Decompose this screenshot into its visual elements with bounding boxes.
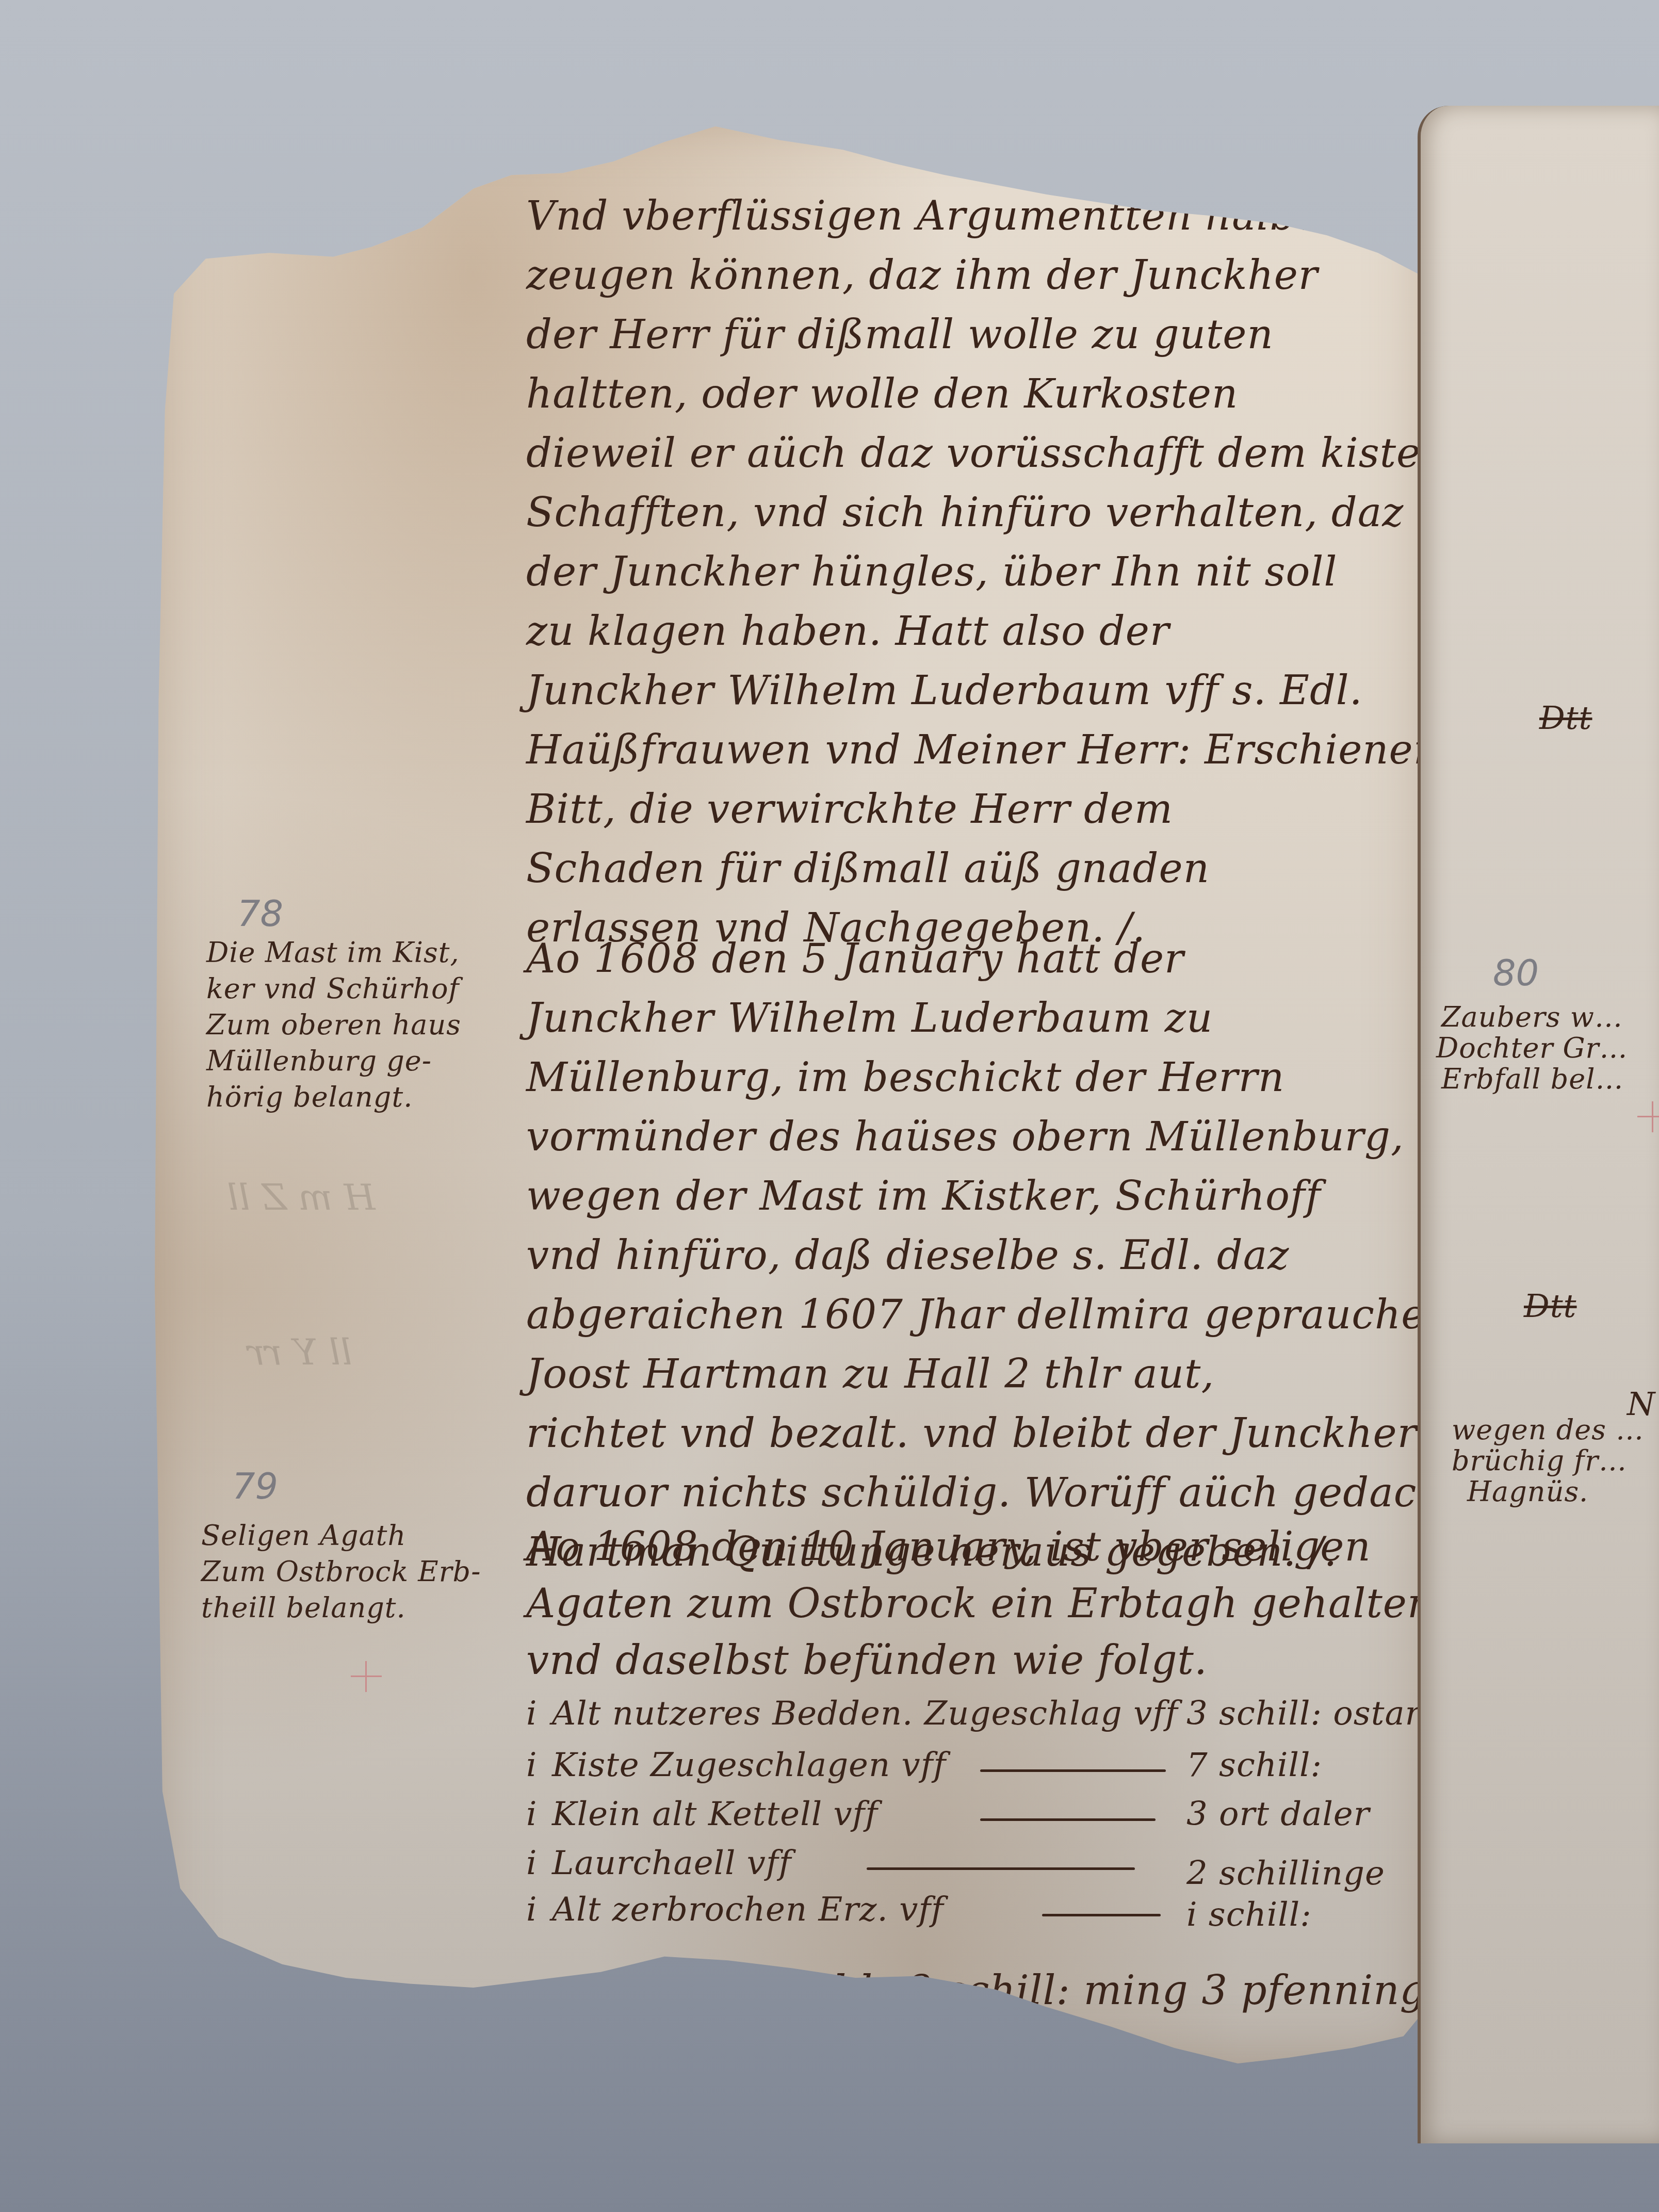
inventory-qty: i: [526, 1798, 537, 1831]
text-line: abgeraichen 1607 Jhar dellmira geprauche…: [526, 1295, 1442, 1335]
text-line: Agaten zum Ostbrock ein Erbtagh gehalten: [526, 1584, 1434, 1624]
inventory-qty: i: [526, 1697, 537, 1730]
text-line: vnd daselbst befünden wie folgt.: [526, 1640, 1208, 1681]
text-line: der Herr für dißmall wolle zu guten: [526, 315, 1274, 355]
margin-note-line: Erbfall bel…: [1441, 1065, 1623, 1093]
text-line: zeugen können, daz ihm der Junckher: [526, 255, 1318, 296]
margin-note-line: Zum Ostbrock Erb-: [201, 1558, 481, 1586]
inventory-amount: i schill:: [1186, 1898, 1312, 1931]
page-number: 44: [392, 168, 451, 222]
text-line: Ao 1608 den 10 January, ist vber seligen: [526, 1527, 1371, 1567]
inventory-amount: 3 schill: ostand: [1186, 1697, 1449, 1730]
right-page: Dtt 80 Zaubers w… Dochter Gr… Erbfall be…: [1418, 106, 1659, 2143]
text-line: Müllenburg, im beschickt der Herrn: [526, 1058, 1284, 1098]
entry-number: 80: [1493, 952, 1539, 994]
text-line: haltten, oder wolle den Kurkosten: [526, 374, 1238, 414]
text-line: vnd hinfüro, daß dieselbe s. Edl. daz: [526, 1235, 1289, 1276]
book-photograph: H m Z ll ll Y rr 44 Vnd vberflüssigen Ar…: [0, 0, 1659, 2212]
margin-note-line: Hagnüs.: [1467, 1478, 1588, 1506]
inventory-qty: i: [526, 1893, 537, 1926]
bleed-through-text: H m Z ll: [227, 1176, 376, 1218]
inventory-item: Alt zerbrochen Erz. vff: [552, 1893, 944, 1926]
inventory-total: Facit — i thlr 8 schill: ming 3 pfenning: [619, 1971, 1426, 2011]
leader-line: [980, 1818, 1156, 1821]
entry-number: 78: [237, 892, 283, 935]
leader-line: [980, 1769, 1166, 1772]
margin-note-line: Die Mast im Kist,: [206, 939, 460, 967]
text-line: wegen der Mast im Kistker, Schürhoff: [526, 1176, 1321, 1216]
entry-number: 79: [232, 1465, 278, 1507]
red-pencil-cross-mark: [351, 1661, 382, 1692]
text-line: vormünder des haüses obern Müllenburg,: [526, 1117, 1404, 1157]
red-pencil-cross-mark: [1637, 1101, 1659, 1132]
left-page: H m Z ll ll Y rr 44 Vnd vberflüssigen Ar…: [155, 119, 1429, 2063]
text-line: Bitt, die verwirckhte Herr dem: [526, 789, 1173, 829]
text-line: Joost Hartman zu Hall 2 thlr aut,: [526, 1354, 1214, 1394]
leader-line: [1042, 1914, 1161, 1916]
inventory-item: Kiste Zugeschlagen vff: [552, 1749, 946, 1782]
text-line: der Junckher hüngles, über Ihn nit soll: [526, 552, 1337, 592]
struck-fragment: Dtt: [1539, 699, 1592, 737]
text-line: Ao 1608 den 5 January hatt der: [526, 939, 1184, 979]
text-line: Vnd vberflüssigen Argumentten halber: [526, 196, 1340, 236]
inventory-item: Laurchaell vff: [552, 1847, 791, 1880]
inventory-qty: i: [526, 1749, 537, 1782]
inventory-item: Alt nutzeres Bedden. Zugeschlag vff: [552, 1697, 1178, 1730]
text-line: Schafften, vnd sich hinfüro verhalten, d…: [526, 493, 1404, 533]
struck-fragment: Dtt: [1524, 1287, 1577, 1325]
margin-note-line: theill belangt.: [201, 1594, 406, 1622]
margin-note-line: Dochter Gr…: [1436, 1034, 1628, 1062]
margin-note-line: wegen des …: [1452, 1416, 1644, 1444]
text-line: zu klagen haben. Hatt also der: [526, 611, 1169, 652]
inventory-amount: 7 schill:: [1186, 1749, 1322, 1782]
inventory-amount: 2 schillinge: [1186, 1857, 1385, 1890]
inventory-item: Klein alt Kettell vff: [552, 1798, 878, 1831]
text-line: richtet vnd bezalt. vnd bleibt der Junck…: [526, 1413, 1417, 1454]
text-line: dieweil er aüch daz vorüsschafft dem kis…: [526, 433, 1447, 474]
text-line: Schaden für dißmall aüß gnaden: [526, 849, 1210, 889]
text-line: daruor nichts schüldig. Worüff aüch geda…: [526, 1473, 1504, 1513]
text-line: Junckher Wilhelm Luderbaum vff s. Edl.: [526, 671, 1363, 711]
margin-note-line: ker vnd Schürhof: [206, 975, 460, 1003]
bleed-through-text: ll Y rr: [248, 1331, 352, 1373]
leader-line: [867, 1867, 1135, 1870]
inventory-qty: i: [526, 1847, 537, 1880]
margin-note-line: hörig belangt.: [206, 1083, 413, 1111]
text-line: Haüßfrauwen vnd Meiner Herr: Erschienen: [526, 730, 1440, 770]
inventory-amount: 3 ort daler: [1186, 1798, 1370, 1831]
text-line: Junckher Wilhelm Luderbaum zu: [526, 998, 1213, 1038]
margin-note-line: brüchig fr…: [1452, 1447, 1627, 1475]
margin-note-line: Seligen Agath: [201, 1522, 406, 1550]
margin-note-line: Müllenburg ge-: [206, 1047, 432, 1075]
margin-note-line: Zaubers w…: [1441, 1003, 1623, 1031]
margin-note-line: Zum oberen haus: [206, 1011, 461, 1039]
